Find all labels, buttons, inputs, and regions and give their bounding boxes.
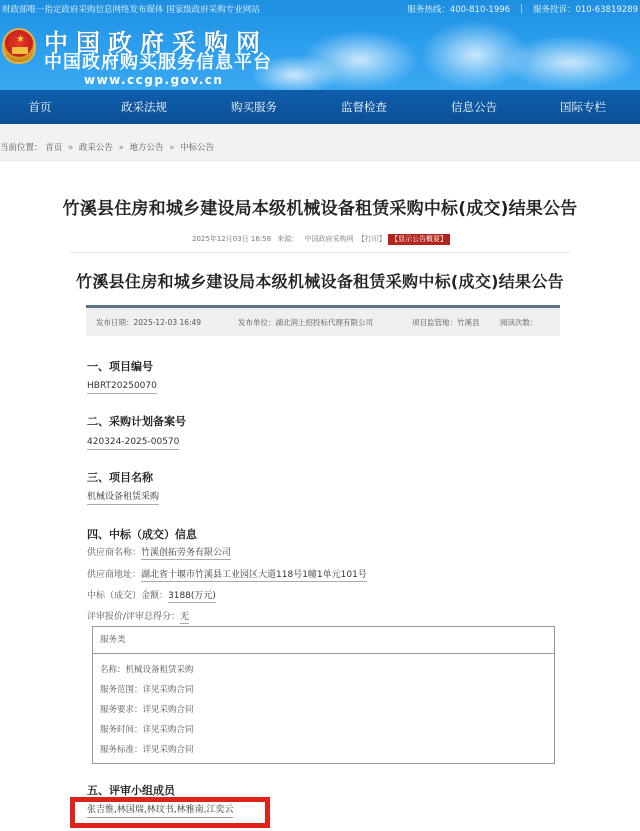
breadcrumb-home[interactable]: 首页 (45, 143, 62, 153)
article-meta: 2025年12月03日 16:58 来源： 中国政府采购网 【打印】 【显示公告… (0, 234, 640, 245)
nav-item-supervision[interactable]: 监督检查 (341, 90, 387, 124)
breadcrumb-separator: » (169, 143, 174, 153)
award-amount-row: 中标（成交）金额：3188(万元) (87, 590, 216, 602)
publisher: 发布单位：湖北润土招投标代理有限公司 (238, 317, 373, 328)
show-summary-button[interactable]: 【显示公告概要】 (388, 234, 450, 245)
award-amount-value: 3188(万元) (168, 591, 216, 603)
star-icon: ★ (16, 35, 25, 45)
site-tagline: 财政部唯一指定政府采购信息网络发布媒体 国家级政府采购专业网站 (2, 3, 260, 15)
site-logo-url: www.ccgp.gov.cn (84, 73, 223, 87)
project-number-value: HBRT20250070 (87, 380, 157, 394)
breadcrumb-award-announcements[interactable]: 中标公告 (180, 143, 214, 153)
service-hotline: 服务热线：400-810-1996 (407, 3, 510, 15)
supplier-address-value: 湖北省十堰市竹溪县工业园区大道118号1幢1单元101号 (141, 570, 367, 582)
section-project-name-heading: 三、项目名称 (87, 469, 153, 485)
nav-item-announcements[interactable]: 信息公告 (451, 90, 497, 124)
section-review-panel-heading: 五、评审小组成员 (87, 782, 175, 798)
review-score-row: 评审报价/评审总得分：无 (87, 611, 189, 623)
supplier-name-value: 竹溪创拓劳务有限公司 (141, 548, 231, 560)
site-logo-subtitle: 中国政府购买服务信息平台 (44, 53, 272, 73)
topline-separator: | (520, 4, 523, 14)
publish-datetime: 2025年12月03日 16:58 (192, 235, 271, 243)
service-row-scope: 服务范围：详见采购合同 (100, 683, 194, 695)
national-emblem-icon[interactable]: ★ (2, 28, 36, 64)
breadcrumb-prefix: 当前位置： (0, 143, 43, 153)
project-name-value: 机械设备租赁采购 (87, 491, 159, 505)
header-topline: 财政部唯一指定政府采购信息网络发布媒体 国家级政府采购专业网站 服务热线：400… (0, 0, 640, 18)
award-amount-label: 中标（成交）金额： (87, 591, 168, 601)
breadcrumb-gov-announcements[interactable]: 政采公告 (79, 143, 113, 153)
breadcrumb: 当前位置： 首页 » 政采公告 » 地方公告 » 中标公告 (0, 141, 214, 153)
service-row-standard: 服务标准：详见采购合同 (100, 743, 194, 755)
review-score-value: 无 (180, 612, 189, 624)
nav-item-home[interactable]: 首页 (29, 90, 52, 124)
cloud-decoration (500, 35, 640, 90)
supplier-address-label: 供应商地址： (87, 570, 141, 580)
supplier-name-row: 供应商名称：竹溪创拓劳务有限公司 (87, 547, 231, 559)
breadcrumb-separator: » (68, 143, 73, 153)
meta-divider (70, 252, 570, 253)
breadcrumb-separator: » (119, 143, 124, 153)
service-table-header: 服务类 (93, 627, 554, 654)
tiananmen-icon (12, 47, 28, 54)
source-label: 来源： (277, 235, 298, 243)
nav-item-international[interactable]: 国际专栏 (560, 90, 606, 124)
breadcrumb-local-announcements[interactable]: 地方公告 (129, 143, 163, 153)
nav-item-purchase-services[interactable]: 购买服务 (231, 90, 277, 124)
publish-date: 发布日期：2025-12-03 16:49 (96, 317, 201, 328)
review-panel-members: 张吉惟,林国瑞,林玟书,林雅南,江奕云 (87, 804, 233, 818)
service-table: 服务类 名称：机械设备租赁采购 服务范围：详见采购合同 服务要求：详见采购合同 … (92, 626, 555, 764)
service-row-requirements: 服务要求：详见采购合同 (100, 703, 194, 715)
print-link[interactable]: 【打印】 (358, 235, 386, 243)
section-project-number-heading: 一、项目编号 (87, 358, 153, 374)
plan-number-value: 420324-2025-00570 (87, 436, 179, 450)
info-bar: 发布日期：2025-12-03 16:49 发布单位：湖北润土招投标代理有限公司… (86, 308, 560, 336)
supplier-name-label: 供应商名称： (87, 548, 141, 558)
section-plan-number-heading: 二、采购计划备案号 (87, 413, 186, 429)
supervision-location: 项目监管地：竹溪县 (412, 317, 480, 328)
article-title: 竹溪县住房和城乡建设局本级机械设备租赁采购中标(成交)结果公告 (0, 194, 640, 219)
supplier-address-row: 供应商地址：湖北省十堰市竹溪县工业园区大道118号1幢1单元101号 (87, 569, 367, 581)
service-row-name: 名称：机械设备租赁采购 (100, 663, 194, 675)
review-score-label: 评审报价/评审总得分： (87, 612, 180, 622)
main-nav: 首页 政采法规 购买服务 监督检查 信息公告 国际专栏 (0, 90, 640, 124)
service-row-time: 服务时间：详见采购合同 (100, 723, 194, 735)
nav-item-regulations[interactable]: 政采法规 (121, 90, 167, 124)
view-count: 阅读次数： (500, 317, 538, 328)
section-award-info-heading: 四、中标（成交）信息 (87, 526, 197, 542)
service-complaint: 服务投诉：010-63819289 (533, 3, 638, 15)
article-subtitle: 竹溪县住房和城乡建设局本级机械设备租赁采购中标(成交)结果公告 (0, 269, 640, 292)
site-header-banner: 财政部唯一指定政府采购信息网络发布媒体 国家级政府采购专业网站 服务热线：400… (0, 0, 640, 90)
source-name: 中国政府采购网 (305, 235, 354, 243)
